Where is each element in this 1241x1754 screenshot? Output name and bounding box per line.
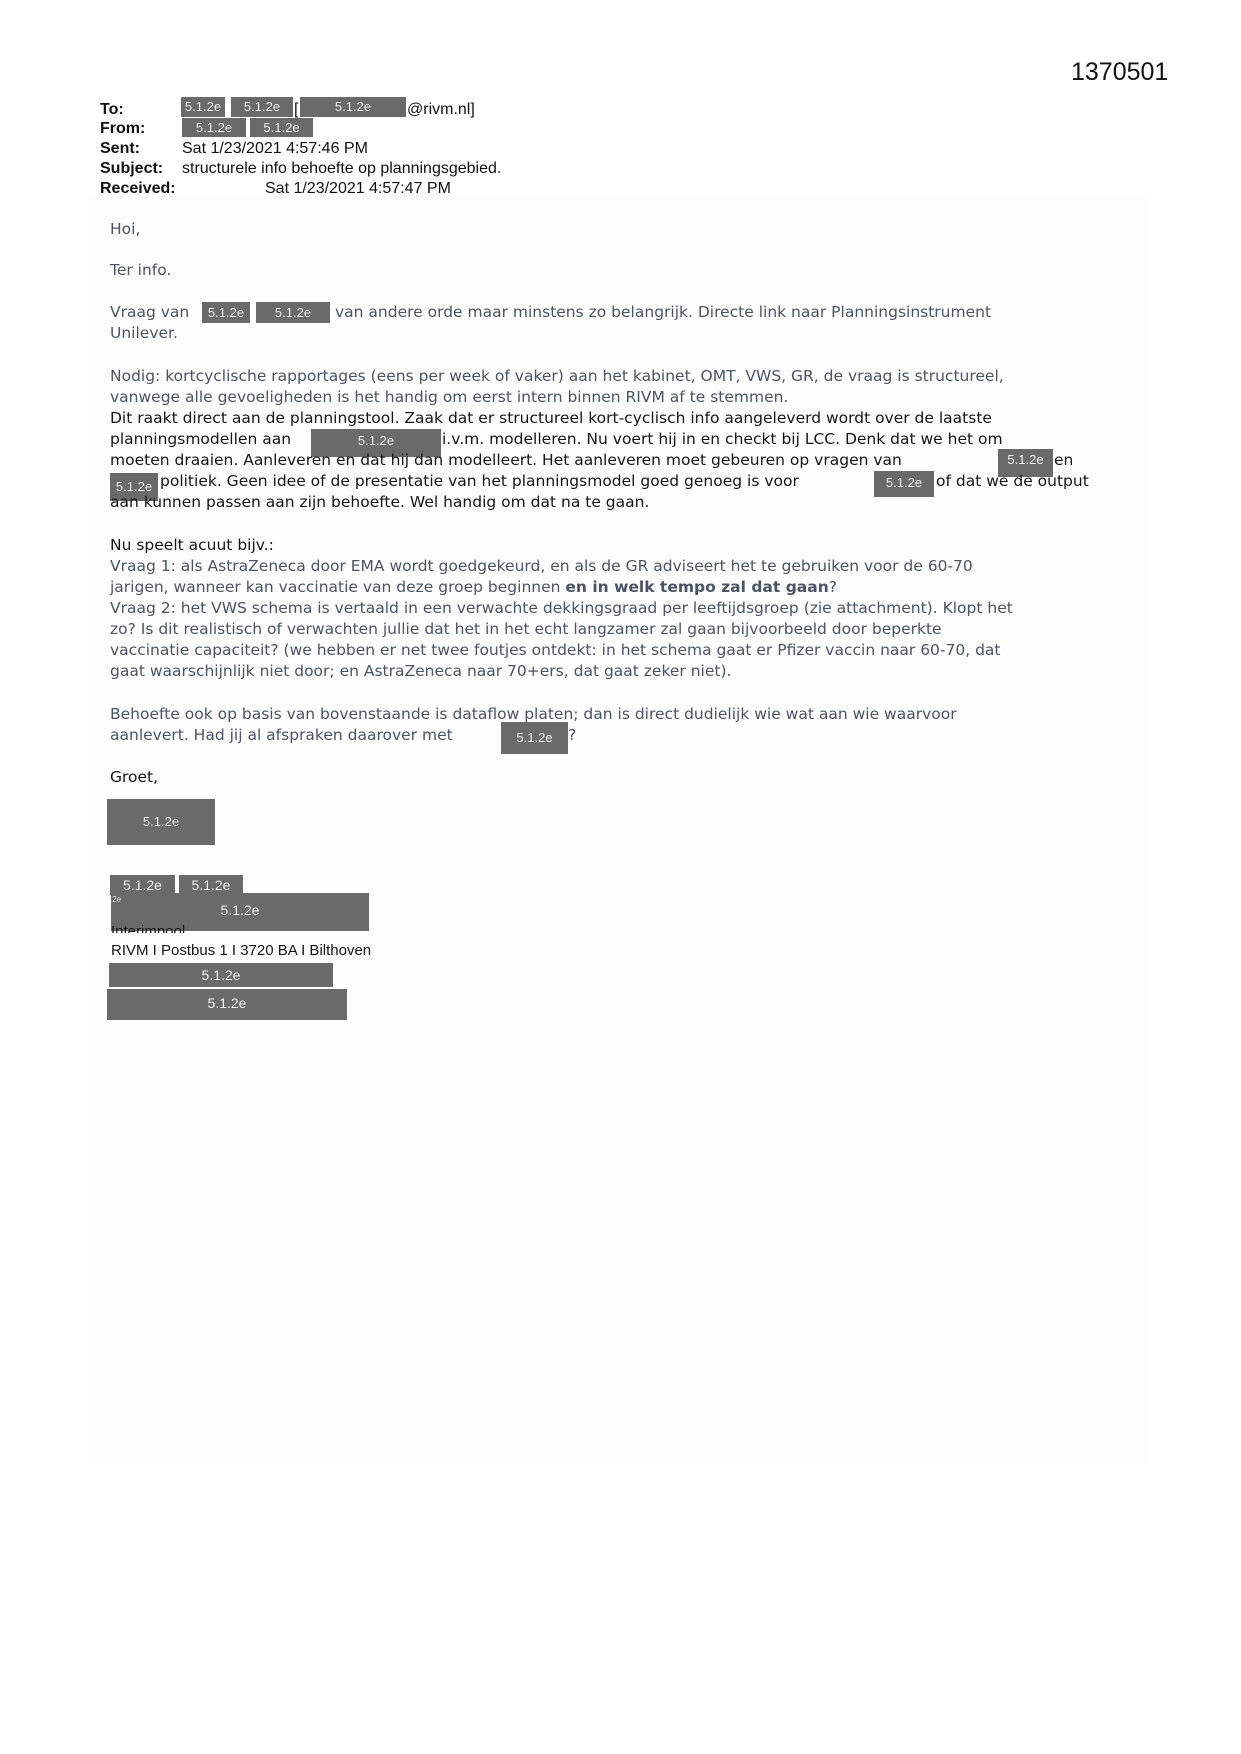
p4-title: Nu speelt acuut bijv.: bbox=[110, 535, 274, 556]
to-domain: @rivm.nl] bbox=[407, 100, 475, 119]
document-number: 1370501 bbox=[1071, 58, 1168, 87]
p1-end: Unilever. bbox=[110, 323, 178, 344]
redaction-signature-name: 5.1.2e bbox=[107, 799, 215, 845]
signature-address: RIVM I Postbus 1 I 3720 BA I Bilthoven bbox=[111, 942, 371, 959]
p1-start: Vraag van bbox=[110, 302, 189, 323]
p2-line1: Nodig: kortcyclische rapportages (eens p… bbox=[110, 366, 1004, 387]
sent-value: Sat 1/23/2021 4:57:46 PM bbox=[182, 139, 368, 158]
from-label: From: bbox=[100, 119, 145, 138]
redaction: 5.1.2e bbox=[109, 963, 333, 987]
p2-line2: vanwege alle gevoeligheden is het handig… bbox=[110, 387, 788, 408]
redaction: 5.1.2e bbox=[179, 875, 243, 895]
redaction: 5.1.2e bbox=[250, 118, 313, 137]
redaction: 5.1.2e bbox=[256, 302, 330, 323]
q1-line2: jarigen, wanneer kan vaccinatie van deze… bbox=[110, 577, 837, 598]
p3-line5: aan kunnen passen aan zijn behoefte. Wel… bbox=[110, 492, 649, 513]
to-bracket: [ bbox=[294, 100, 298, 119]
closing: Groet, bbox=[110, 767, 158, 788]
redaction: 5.1.2e bbox=[300, 97, 406, 117]
q2-line1: Vraag 2: het VWS schema is vertaald in e… bbox=[110, 598, 1013, 619]
signature-department-partial: Interimpool bbox=[111, 921, 185, 933]
redaction: 5.1.2e bbox=[202, 302, 250, 323]
redaction: 5.1.2e bbox=[110, 875, 175, 895]
p3-line3a: moeten draaien. Aanleveren en dat hij da… bbox=[110, 450, 902, 471]
q1-qmark: ? bbox=[829, 578, 837, 596]
subject-value: structurele info behoefte op planningsge… bbox=[182, 159, 501, 178]
p3-line4a: politiek. Geen idee of de presentatie va… bbox=[160, 471, 799, 492]
redaction: 5.1.2e bbox=[874, 471, 934, 497]
greeting: Hoi, bbox=[110, 219, 140, 240]
p5-line2: aanlevert. Had jij al afspraken daarover… bbox=[110, 725, 453, 746]
p3-line4b: of dat we de output bbox=[936, 471, 1089, 492]
q2-line2: zo? Is dit realistisch of verwachten jul… bbox=[110, 619, 942, 640]
to-label: To: bbox=[100, 100, 124, 119]
q2-line3: vaccinatie capaciteit? (we hebben er net… bbox=[110, 640, 1001, 661]
redaction: 5.1.2e bbox=[231, 97, 293, 117]
ter-info: Ter info. bbox=[110, 260, 171, 281]
q1-bold: en in welk tempo zal dat gaan bbox=[565, 578, 828, 596]
p1-rest: van andere orde maar minstens zo belangr… bbox=[335, 302, 991, 323]
subject-label: Subject: bbox=[100, 159, 163, 178]
redaction: 5.1.2e bbox=[107, 989, 347, 1020]
redaction: 5.1.2e bbox=[182, 118, 246, 137]
q1-line1: Vraag 1: als AstraZeneca door EMA wordt … bbox=[110, 556, 973, 577]
redaction-fragment: .2e bbox=[110, 895, 121, 904]
p3-line2a: planningsmodellen aan bbox=[110, 429, 291, 450]
sent-label: Sent: bbox=[100, 139, 140, 158]
p3-line2b: i.v.m. modelleren. Nu voert hij in en ch… bbox=[442, 429, 1003, 450]
q2-line4: gaat waarschijnlijk niet door; en AstraZ… bbox=[110, 661, 731, 682]
redaction: 5.1.2e bbox=[501, 722, 568, 754]
p3-line3b: en bbox=[1054, 450, 1073, 471]
q1-text: jarigen, wanneer kan vaccinatie van deze… bbox=[110, 578, 565, 596]
p5-qmark: ? bbox=[568, 725, 576, 746]
p3-line1: Dit raakt direct aan de planningstool. Z… bbox=[110, 408, 992, 429]
redaction: 5.1.2e bbox=[181, 97, 225, 117]
